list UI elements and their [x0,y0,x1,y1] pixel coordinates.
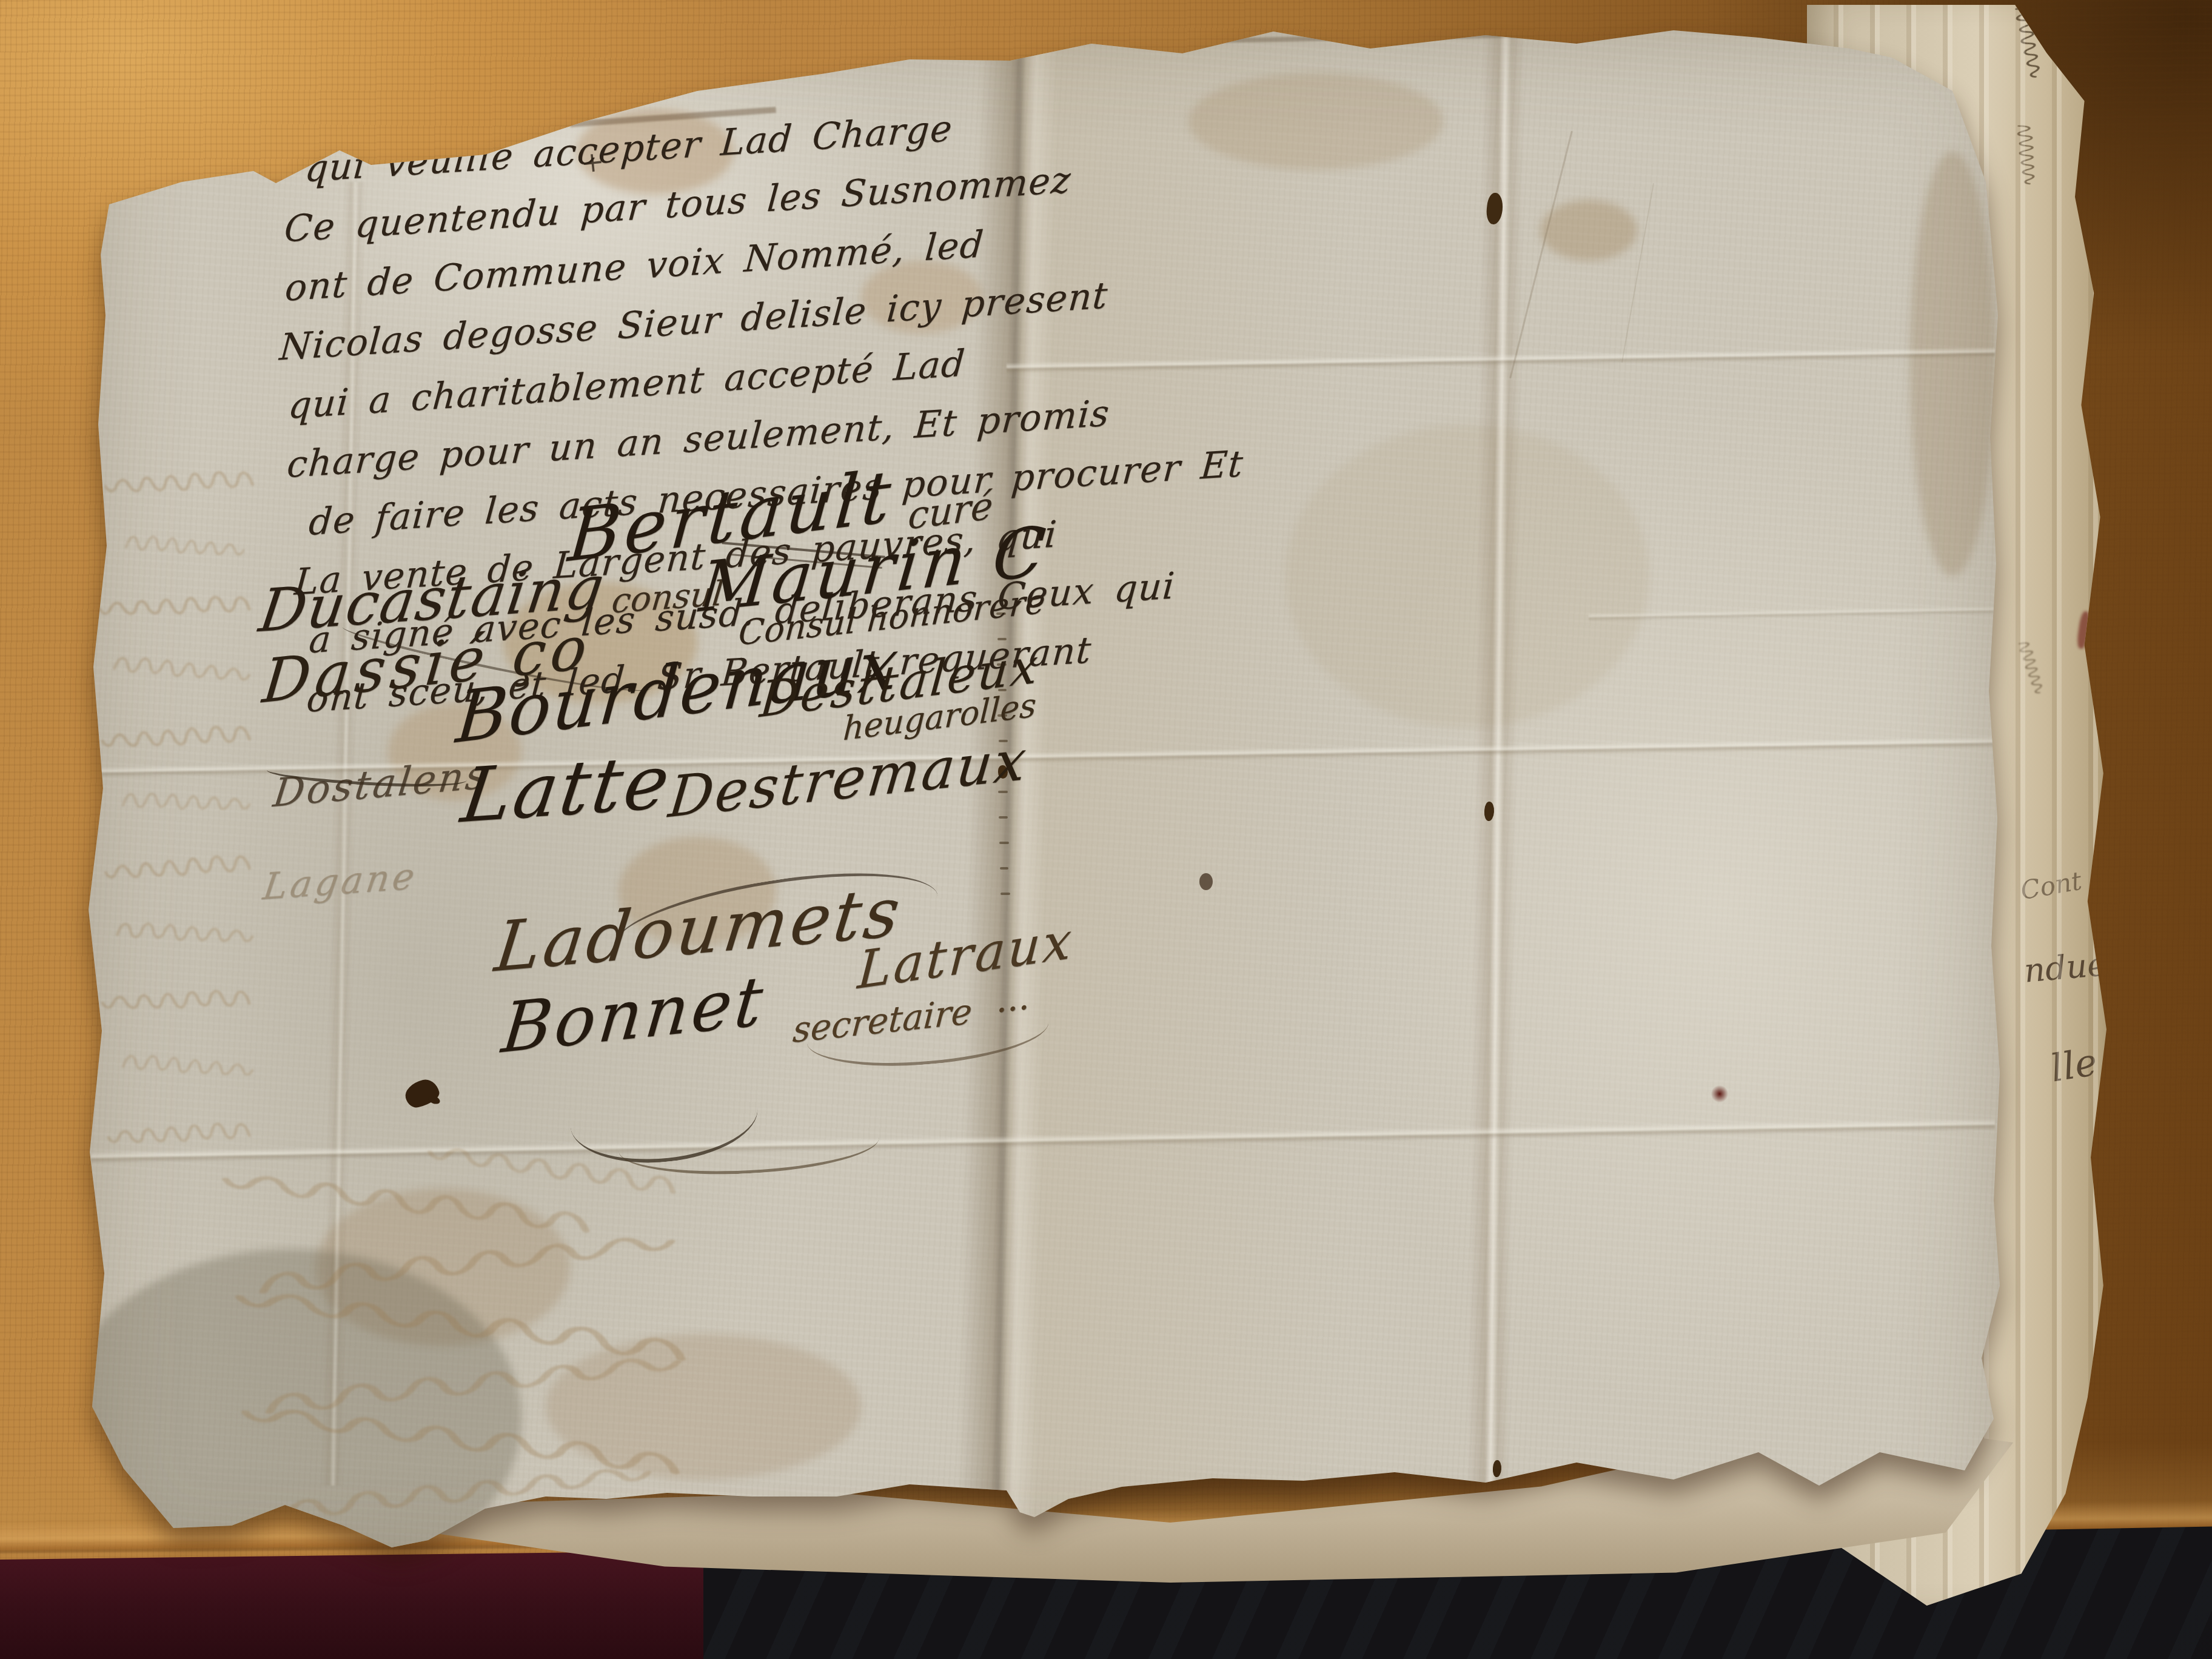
bleedthrough-scribble [121,1047,256,1084]
bleedthrough-scribble [111,649,252,690]
bleedthrough-scribble [124,528,247,565]
ink-speck [1199,873,1213,890]
stain [1188,73,1443,170]
edge-fragment: lle [2048,1039,2100,1090]
fold-crease [1589,606,1995,622]
ink-blot [427,1094,441,1105]
bleedthrough-scribble [102,847,252,889]
open-manuscript-spread: + qui veuille accepter Lad Charge Ce que… [85,24,2007,1577]
bleedthrough-scribble [96,589,252,625]
stitch-tick [999,816,1008,819]
signature-latte: Latte [460,739,674,839]
edge-scribble [2013,638,2050,697]
bleedthrough-scribble [99,717,252,757]
edge-scribble [2010,123,2043,186]
manuscript-photo: Cont ndue lle [0,0,2212,1659]
stain [1285,424,1649,728]
stitch-tick [999,842,1009,844]
bleedthrough-scribble [121,786,252,818]
red-stain [1711,1085,1728,1102]
signature-lagane-faint: Lagane [262,855,418,908]
stitch-tick [1000,893,1010,895]
stain [1910,152,1995,576]
manuscript-pages: + qui veuille accepter Lad Charge Ce que… [85,24,2007,1577]
stitch-tick [1000,867,1008,870]
stitched-fold-crease [1467,24,1524,1498]
scratch-line [1621,183,1654,363]
edge-fragment: Cont [2019,866,2084,906]
stain [1540,200,1637,261]
bleedthrough-scribble [99,983,252,1019]
ink-blot [403,1077,441,1110]
bleedthrough-scribble [102,463,255,502]
bleedthrough-scribble [106,1115,252,1153]
fold-crease [91,1119,1995,1164]
bleedthrough-scribble [115,915,255,951]
